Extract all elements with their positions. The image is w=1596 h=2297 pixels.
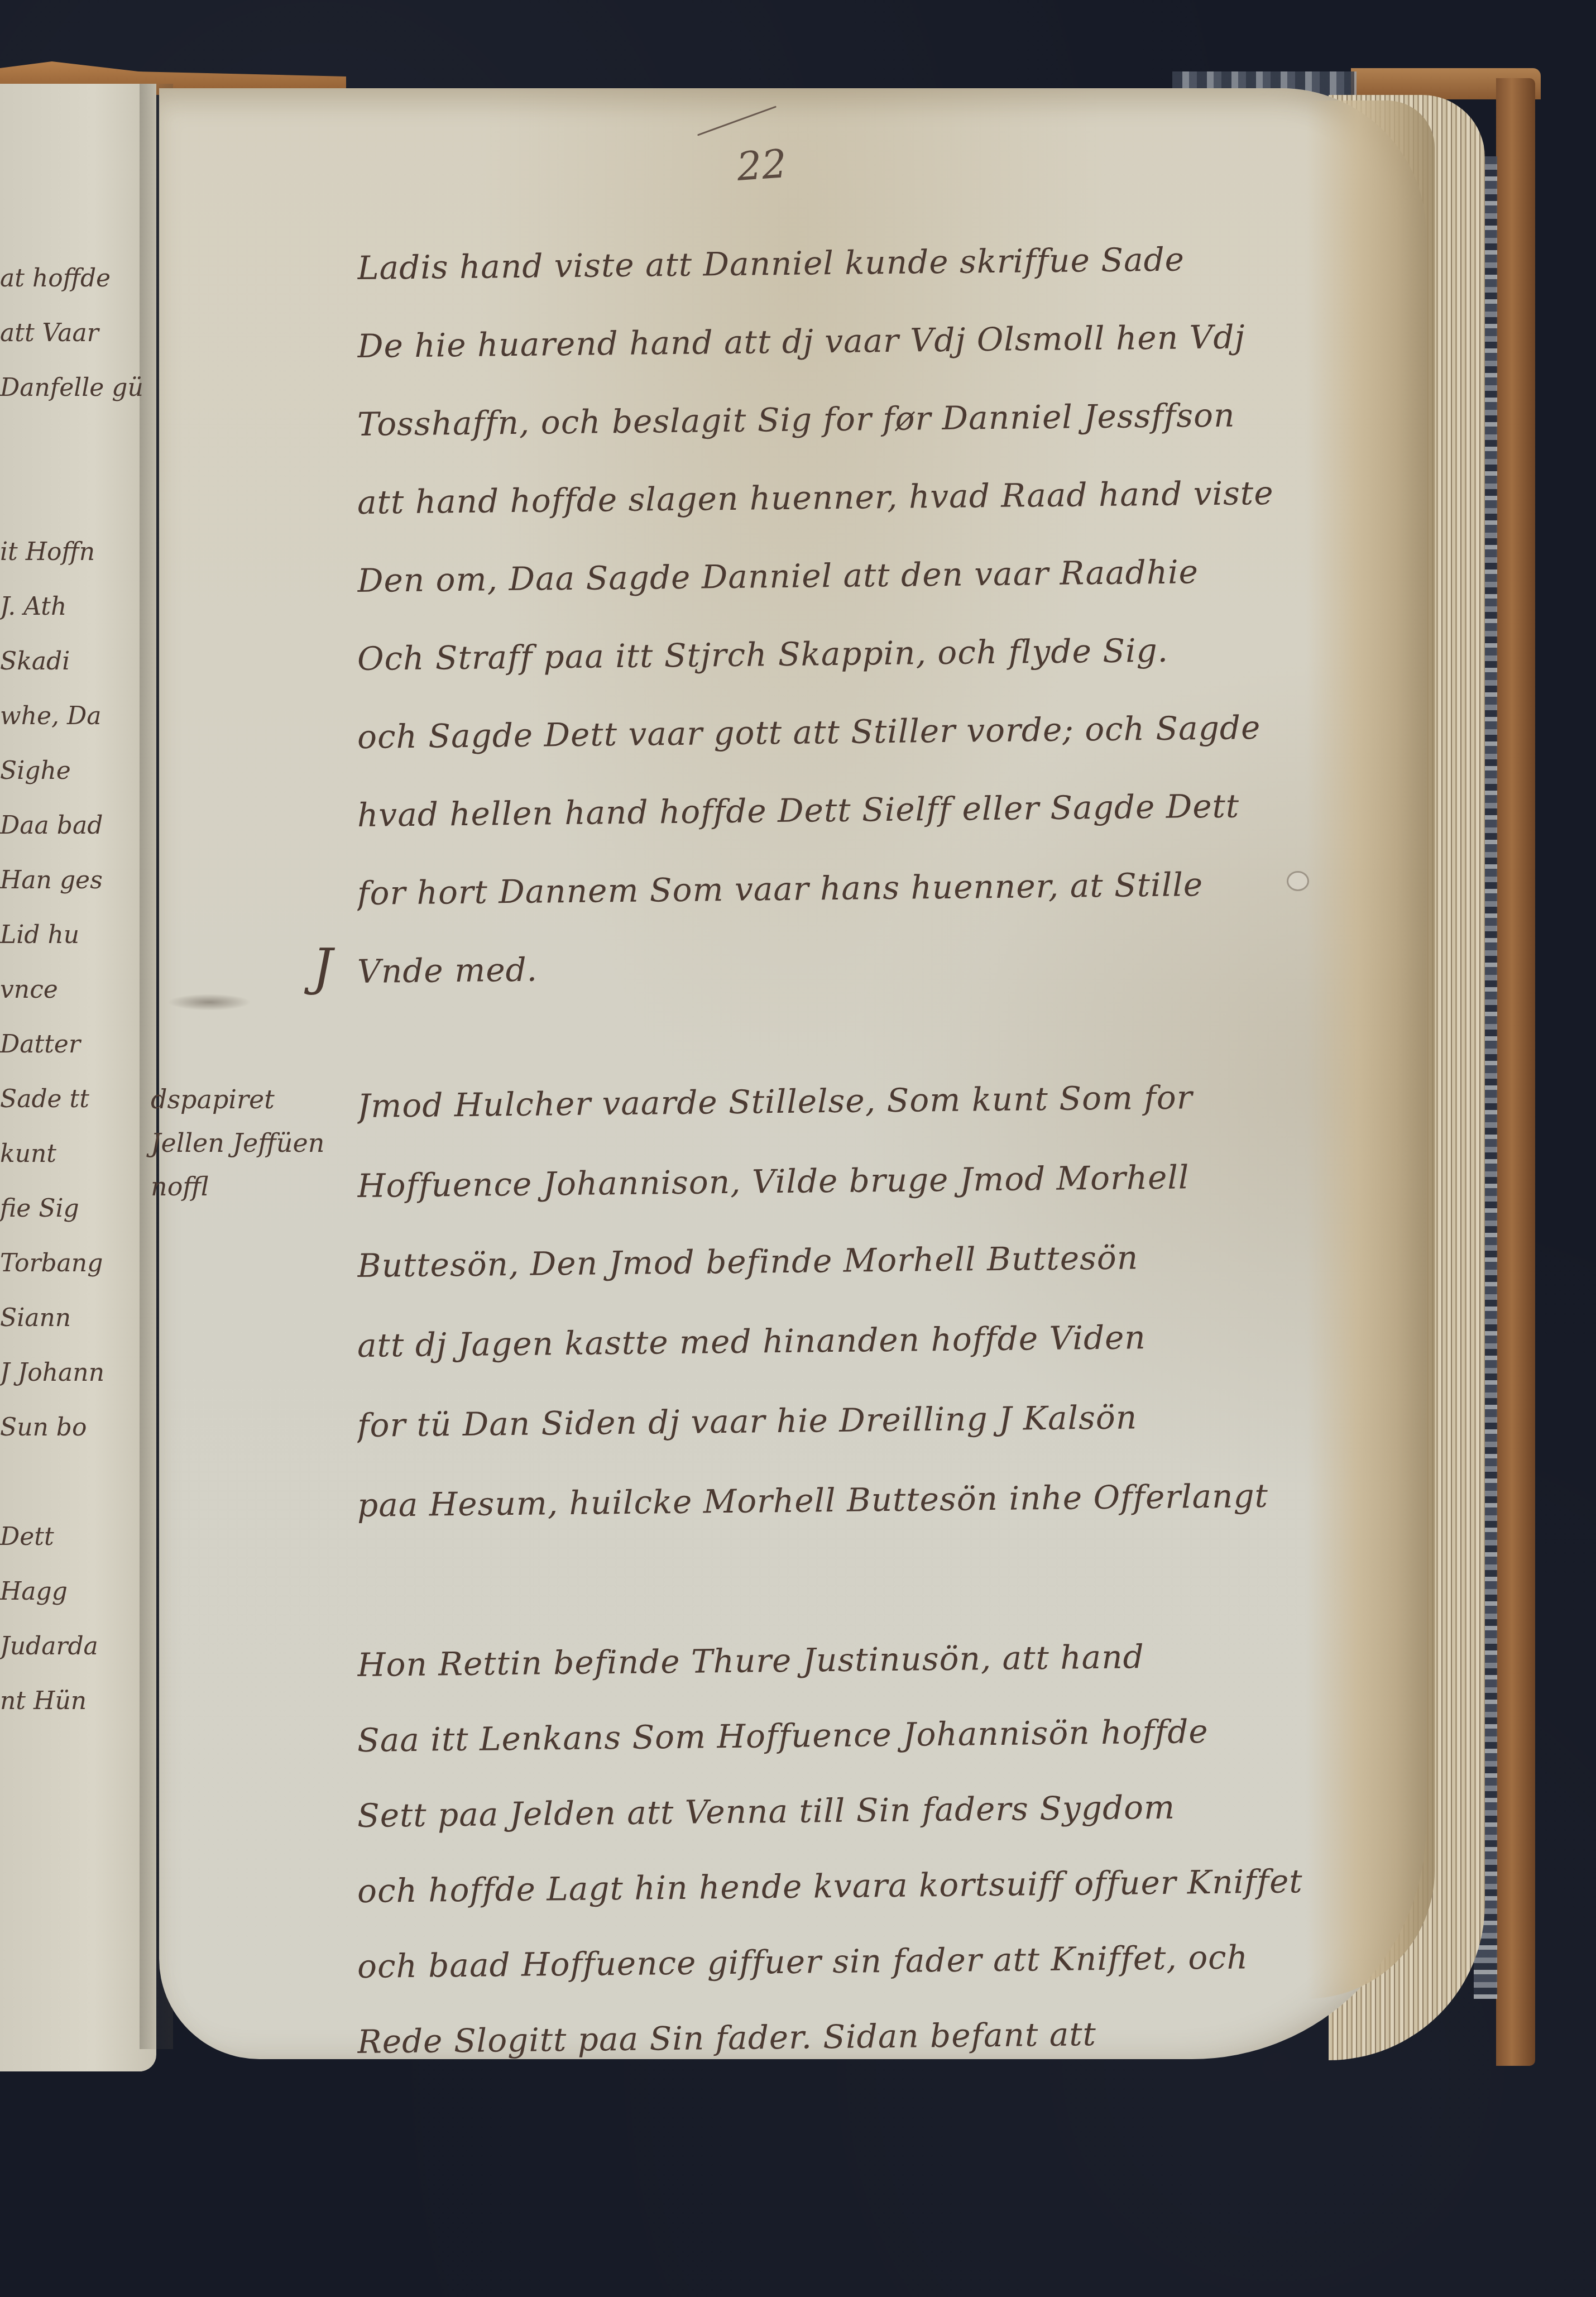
verso-line: att Vaar <box>0 306 151 361</box>
verso-line: Sighe <box>0 744 151 798</box>
verso-line: vnce <box>0 963 151 1017</box>
verso-line: kunt <box>0 1127 151 1181</box>
manuscript-line: for tü Dan Siden dj vaar hie Dreilling J… <box>357 1375 1418 1466</box>
manuscript-line: De hie huarend hand att dj vaar Vdj Olsm… <box>357 296 1418 385</box>
manuscript-line: Vnde med. <box>357 921 1418 1011</box>
paragraph-3: Hon Rettin befinde Thure Justinusön, att… <box>357 1622 1418 2074</box>
manuscript-line: Hon Rettin befinde Thure Justinusön, att… <box>357 1616 1418 1703</box>
paragraph-2: Jmod Hulcher vaarde Stillelse, Som kunt … <box>357 1061 1418 1540</box>
manuscript-line: Den om, Daa Sagde Danniel att den vaar R… <box>357 530 1418 620</box>
verso-line: Datter <box>0 1017 151 1072</box>
verso-line: Sade tt <box>0 1072 151 1127</box>
verso-line: Dett <box>0 1510 151 1564</box>
verso-line: at hoffde <box>0 251 151 306</box>
page-number: 22 <box>735 141 788 190</box>
verso-line: J Johann <box>0 1346 151 1400</box>
paper-hole <box>1287 871 1309 891</box>
verso-line: Torbang <box>0 1236 151 1291</box>
paragraph-mark: J <box>313 938 333 997</box>
manuscript-line: Sett paa Jelden att Venna till Sin fader… <box>357 1767 1418 1854</box>
verso-line: Hagg <box>0 1564 151 1619</box>
manuscript-line: Buttesön, Den Jmod befinde Morhell Butte… <box>357 1215 1418 1306</box>
manuscript-line: hvad hellen hand hoffde Dett Sielff elle… <box>357 765 1418 854</box>
margin-note-line: noffl <box>151 1165 324 1208</box>
verso-line: Daa bad <box>0 798 151 853</box>
verso-text-fragments: at hoffde att Vaar Danfelle gü it Hoffn … <box>0 251 151 1729</box>
manuscript-line: att hand hoffde slagen huenner, hvad Raa… <box>357 452 1418 542</box>
manuscript-line: Rede Slogitt paa Sin fader. Sidan befant… <box>357 1993 1418 2080</box>
manuscript-line: Jmod Hulcher vaarde Stillelse, Som kunt … <box>357 1055 1418 1146</box>
paragraph-1: Ladis hand viste att Danniel kunde skrif… <box>357 223 1418 1005</box>
manuscript-line: och baad Hoffuence giffuer sin fader att… <box>357 1918 1418 2004</box>
margin-note-line: Jellen Jeffüen <box>151 1121 324 1165</box>
manuscript-line: for hort Dannem Som vaar hans huenner, a… <box>357 843 1418 932</box>
paper-crease <box>167 994 251 1011</box>
manuscript-line: och Sagde Dett vaar gott att Stiller vor… <box>357 687 1418 776</box>
verso-line: Judarda <box>0 1619 151 1674</box>
margin-note-line: dspapiret <box>151 1078 324 1121</box>
verso-line: nt Hün <box>0 1674 151 1729</box>
manuscript-line: Och Straff paa itt Stjrch Skappin, och f… <box>357 609 1418 698</box>
manuscript-line: och hoffde Lagt hin hende kvara kortsuif… <box>357 1843 1418 1929</box>
manuscript-line: Tosshaffn, och beslagit Sig for før Dann… <box>357 374 1418 463</box>
verso-line: Han ges <box>0 853 151 908</box>
verso-line: Skadi <box>0 634 151 689</box>
manuscript-line: Saa itt Lenkans Som Hoffuence Johannisön… <box>357 1692 1418 1778</box>
verso-page: at hoffde att Vaar Danfelle gü it Hoffn … <box>0 84 156 2071</box>
verso-line: Sun bo <box>0 1400 151 1455</box>
book-cover-right-edge <box>1496 78 1535 2066</box>
verso-line: J. Ath <box>0 580 151 634</box>
verso-line: Lid hu <box>0 908 151 963</box>
verso-line: whe, Da <box>0 689 151 744</box>
verso-line: it Hoffn <box>0 525 151 580</box>
manuscript-line: paa Hesum, huilcke Morhell Buttesön inhe… <box>357 1454 1418 1545</box>
verso-line: Siann <box>0 1291 151 1346</box>
manuscript-line: att dj Jagen kastte med hinanden hoffde … <box>357 1295 1418 1386</box>
margin-note: dspapiret Jellen Jeffüen noffl <box>151 1078 324 1208</box>
verso-line: fie Sig <box>0 1181 151 1236</box>
manuscript-line: Hoffuence Johannison, Vilde bruge Jmod M… <box>357 1135 1418 1226</box>
manuscript-line: Ladis hand viste att Danniel kunde skrif… <box>357 218 1418 307</box>
verso-line: Danfelle gü <box>0 361 151 415</box>
